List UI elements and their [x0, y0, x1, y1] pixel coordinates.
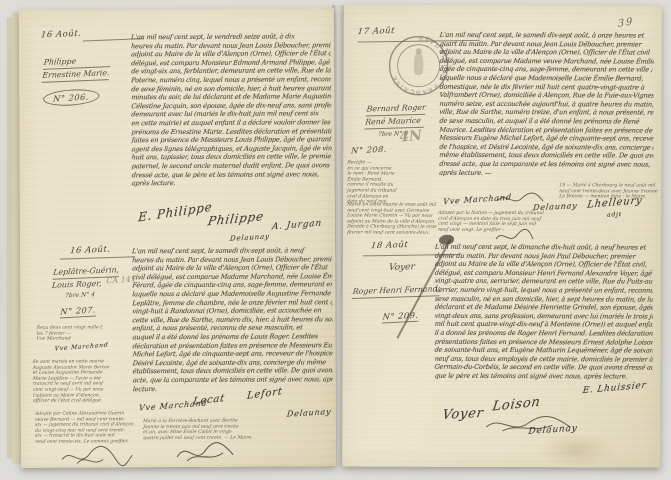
handwriting-line: il a donné les prénoms de Roger Henri Fe… [434, 329, 653, 338]
handwriting-line: après lecture. — [439, 168, 654, 177]
act207-footer-mention: Marié à la Ferrière-Bochard avec BertheJ… [143, 418, 278, 441]
handwriting-line: que le père et les témoins ont signé ave… [434, 372, 653, 381]
act207-number: N° 207. [60, 305, 97, 319]
act206-number: N° 206. [42, 88, 99, 107]
act207-margin-date: 16 Août. [69, 245, 111, 257]
act207-date-rule [60, 256, 135, 259]
act208-signature-adjoint-title: adjt [607, 211, 622, 219]
handwriting-line: après lecture. [131, 178, 331, 188]
act206-signature-father: E. Philippe [138, 199, 213, 224]
handwriting-line: 19 — Marié à Cherbourg le neuf août mil [559, 183, 658, 189]
act209-name-line2: Roger Henri Fernand, [352, 283, 441, 299]
act206-body-text: L'an mil neuf cent sept, le vendredi sei… [131, 32, 332, 193]
handwriting-line: officier de l'état civil délégué. [33, 398, 138, 404]
act207-signature-witness1: Lecat [192, 393, 225, 408]
scanned-register-spread: { "palette": { "background": "#d9d7d2", … [0, 0, 671, 480]
handwriting-line: dressé acte, que la comparante et les té… [439, 160, 654, 169]
handwriting-line: Valframbert (Orne), domiciliée à Alençon… [439, 91, 654, 100]
handwriting-line: laquelle nous a déclaré que Mademoiselle… [439, 74, 654, 83]
handwriting-line: L'an mil neuf cent sept, le dimanche dix… [434, 243, 652, 252]
act208-number: N° 208. [351, 144, 388, 156]
act207-marriage-mention: Se sont mariés en cette mairieAuguste Al… [33, 359, 137, 404]
act206-name-line2: Ernestine Marie. [42, 67, 110, 83]
act207-fee-note: Reçu deux cent vingt mille f.les 7 févri… [36, 325, 103, 342]
handwriting-line: en cette mairie) et auquel enfant il a d… [131, 118, 332, 128]
act206-margin-date: 16 Août. [40, 29, 82, 41]
handwriting-line: L'an mil neuf cent sept, le samedi dix-s… [439, 31, 653, 40]
act209-margin-name2: Roger Henri Fernand, [352, 283, 441, 299]
act207-fee-signature: Vve Marchand [54, 341, 108, 352]
act207-signature-officer: Delaunay [286, 407, 331, 419]
handwriting-line: acte, que la comparante et les témoins o… [132, 375, 333, 385]
handwriting-line: Messieurs Eugène Michel Lefort, âgé de c… [439, 134, 654, 143]
act207-body-text: L'an mil neuf cent sept, le samedi dix-s… [132, 246, 333, 397]
act208-pencil-mark: 4N [399, 128, 423, 146]
act209-signature-father: Voyer [441, 406, 485, 423]
act209-signature-witness1: Loison [491, 394, 541, 414]
folio-page-number: 39 [618, 16, 635, 30]
act207-adoption-mention: Adopté par Céline Alexandrine Guérinveuv… [35, 411, 147, 445]
right-register-page: 39 17 Août RÉPUBLIQUE FRANÇAISE Bernard … [342, 4, 662, 467]
act209-number: N° 209. [382, 310, 419, 324]
act206-signature-witness1: Philippe [207, 209, 265, 228]
handwriting-line: jugement du tribunal [347, 188, 438, 194]
act207-adoption-paraphe-flourish [59, 445, 135, 467]
act206-margin-name: Philippe Ernestine Marie. [42, 54, 112, 83]
paper-stain [538, 433, 614, 467]
act206-signature-officer: Delaunay [230, 232, 271, 242]
handwriting-line: déclarant et de Madame Désirée Henriette… [434, 303, 653, 312]
handwriting-line: auquel il a été donné les prénoms de Lou… [132, 332, 333, 342]
act207-footer-signature-flourish [173, 441, 237, 465]
act206-number-oval: N° 206. [42, 88, 99, 107]
handwriting-line: Verrier, numéro vingt-huit, lequel nous … [434, 286, 653, 295]
act206-signature-witness2: A. Jurgan [272, 218, 323, 232]
handwriting-line: paternel, le second oncle maternel dudit… [131, 161, 332, 171]
left-register-page: 16 Août. Philippe Ernestine Marie. N° 20… [19, 8, 336, 468]
handwriting-line: de sexe masculin, et auquel il a été don… [439, 117, 654, 126]
act209-margin-name: Voyer [388, 262, 415, 274]
act209-name-line1: Voyer [388, 262, 415, 274]
handwriting-line: lecture. [132, 384, 332, 394]
act208-rectification-mention: Rectifié —en ce qui concernele nom : Ren… [347, 160, 437, 205]
act209-margin-date: 18 Août [370, 240, 408, 251]
stamp-figure [414, 53, 424, 75]
act209-body-text: L'an mil neuf cent sept, le dimanche dix… [434, 243, 653, 390]
handwriting-line: de soixante-huit ans, et Eugène Mathurin… [434, 346, 653, 355]
handwriting-line: Rectifié — [347, 160, 438, 166]
act208-body-text: L'an mil neuf cent sept, le samedi dix-s… [439, 31, 654, 188]
